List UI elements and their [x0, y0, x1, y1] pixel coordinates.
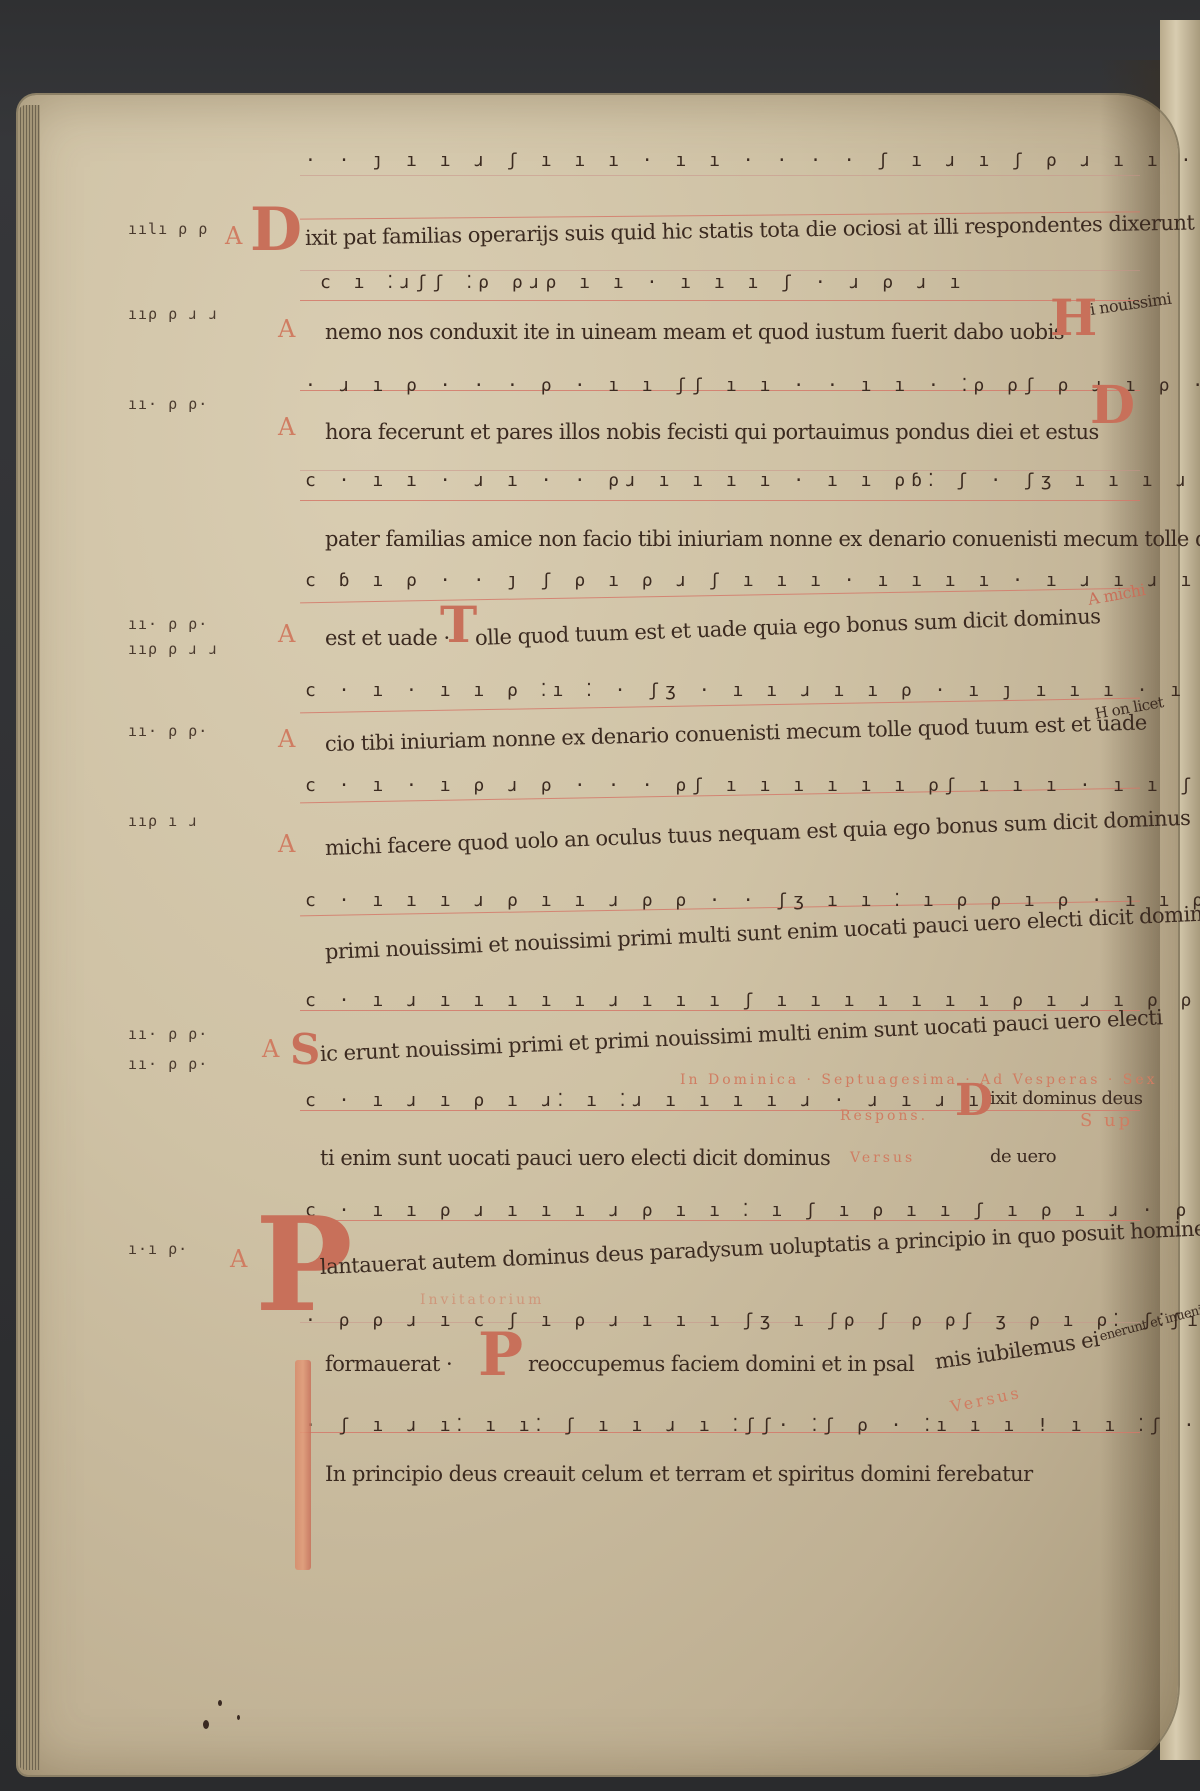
rubric-heading: In Dominica · Septuagesima · Ad Vesperas…: [680, 1072, 1158, 1088]
margin-note: ıı· ρ ρ·: [128, 615, 208, 633]
neume-row: · ρ ρ ɹ ı c ʃ ı ρ ɹ ı ı ı ʃʒ ı ʃρ ʃ ρ ρʃ…: [305, 1310, 1200, 1331]
neume-row: c · ı ı · ɹ ı · · ρɹ ı ı ı ı · ı ı ρɓ⁚ ʃ…: [305, 470, 1200, 491]
staff-line: [300, 300, 1140, 301]
rubric-respons: Respons.: [840, 1108, 928, 1124]
margin-note: ıı· ρ ρ·: [128, 722, 208, 740]
margin-note: ıı· ρ ρ·: [128, 1055, 208, 1073]
rubric-invitatorium: Invitatorium: [420, 1292, 544, 1308]
chant-text-line: nemo nos conduxit ite in uineam meam et …: [325, 320, 1064, 344]
rubric-antiphon-marker: A: [225, 222, 242, 250]
rubric-antiphon-marker: A: [278, 620, 295, 648]
chant-text-line: ti enim sunt uocati pauci uero electi di…: [320, 1146, 830, 1170]
initial-letter: T: [440, 595, 477, 654]
rubric-antiphon-marker: A: [278, 413, 295, 441]
rubric-antiphon-marker: A: [278, 830, 295, 858]
margin-note: ııρ ı ɹ: [128, 812, 198, 830]
neume-row: c · ı · ı ı ρ ⁚ı ⁚ · ʃʒ · ı ı ɹ ı ı ρ · …: [305, 680, 1200, 701]
ink-spot: [218, 1700, 222, 1706]
chant-text-line: pater familias amice non facio tibi iniu…: [325, 527, 1200, 551]
chant-text-line: reoccupemus faciem domini et in psal: [528, 1352, 914, 1376]
rubric-versus: Versus: [850, 1150, 915, 1166]
staff-line: [300, 270, 1140, 271]
margin-note: ıılı ρ ρ: [128, 220, 208, 238]
neume-row: c ɓ ı ρ · · ȷ ʃ ρ ı ρ ɹ ʃ ı ı ı · ı ı ı …: [305, 570, 1200, 591]
margin-note: ıı· ρ ρ·: [128, 1025, 208, 1043]
staff-line: [300, 175, 1140, 176]
chant-text-line: hora fecerunt et pares illos nobis fecis…: [325, 420, 1099, 444]
rubric-trailing: S up: [1080, 1110, 1133, 1131]
neume-row: · · ȷ ı ı ɹ ʃ ı ı ı · ı ı · · · · ʃ ı ɹ …: [305, 150, 1200, 171]
neume-row: · ɹ ı ρ · · · ρ · ı ı ʃʃ ı ı · · ı ı · ⁚…: [305, 375, 1200, 396]
margin-note: ı·ı ρ·: [128, 1240, 188, 1258]
rubric-antiphon-marker: A: [230, 1245, 247, 1273]
neume-row: c · ı ı ρ ɹ ı ı ı ɹ ρ ı ı ⁚ ı ʃ ı ρ ı ı …: [305, 1200, 1200, 1221]
margin-note: ııρ ρ ɹ ɹ: [128, 640, 218, 658]
initial-letter-stem: [295, 1360, 311, 1570]
rubric-antiphon-marker: A: [262, 1035, 279, 1063]
initial-letter: D: [955, 1075, 993, 1126]
margin-note: ııρ ρ ɹ ɹ: [128, 305, 218, 323]
chant-text-line: formauerat ·: [325, 1352, 452, 1376]
page-stack-edges: [18, 105, 40, 1770]
neume-row: c · ı · ı ρ ɹ ρ · · · ρʃ ı ı ı ı ı ı ρʃ …: [305, 775, 1200, 796]
initial-letter: D: [250, 195, 302, 265]
ink-spot: [237, 1715, 240, 1720]
chant-text-line: ixit dominus deus: [990, 1088, 1142, 1109]
staff-line: [300, 500, 1140, 501]
initial-letter: P: [478, 1320, 523, 1390]
neume-row: c ı ⁚ɹʃʃ ⁚ρ ρɹρ ı ı · ı ı ı ʃ · ɹ ρ ɹ ı: [320, 272, 966, 293]
ink-spot: [203, 1720, 209, 1729]
chant-text-line: de uero: [990, 1146, 1056, 1167]
rubric-antiphon-marker: A: [278, 315, 295, 343]
rubric-antiphon-marker: A: [278, 725, 295, 753]
initial-letter: D: [1090, 375, 1135, 436]
chant-text-line: In principio deus creauit celum et terra…: [325, 1462, 1033, 1486]
neume-row: · ʃ ı ɹ ı⁚ ı ı⁚ ʃ ı ı ɹ ı ⁚ʃʃ· ⁚ʃ ρ · ⁚ı…: [305, 1415, 1200, 1436]
margin-note: ıı· ρ ρ·: [128, 395, 208, 413]
initial-letter: S: [290, 1025, 320, 1074]
neume-row: c · ı ɹ ı ı ı ı ı ɹ ı ı ı ʃ ı ı ı ı ı ı …: [305, 990, 1200, 1011]
chant-text-line: est et uade ·: [325, 626, 450, 650]
